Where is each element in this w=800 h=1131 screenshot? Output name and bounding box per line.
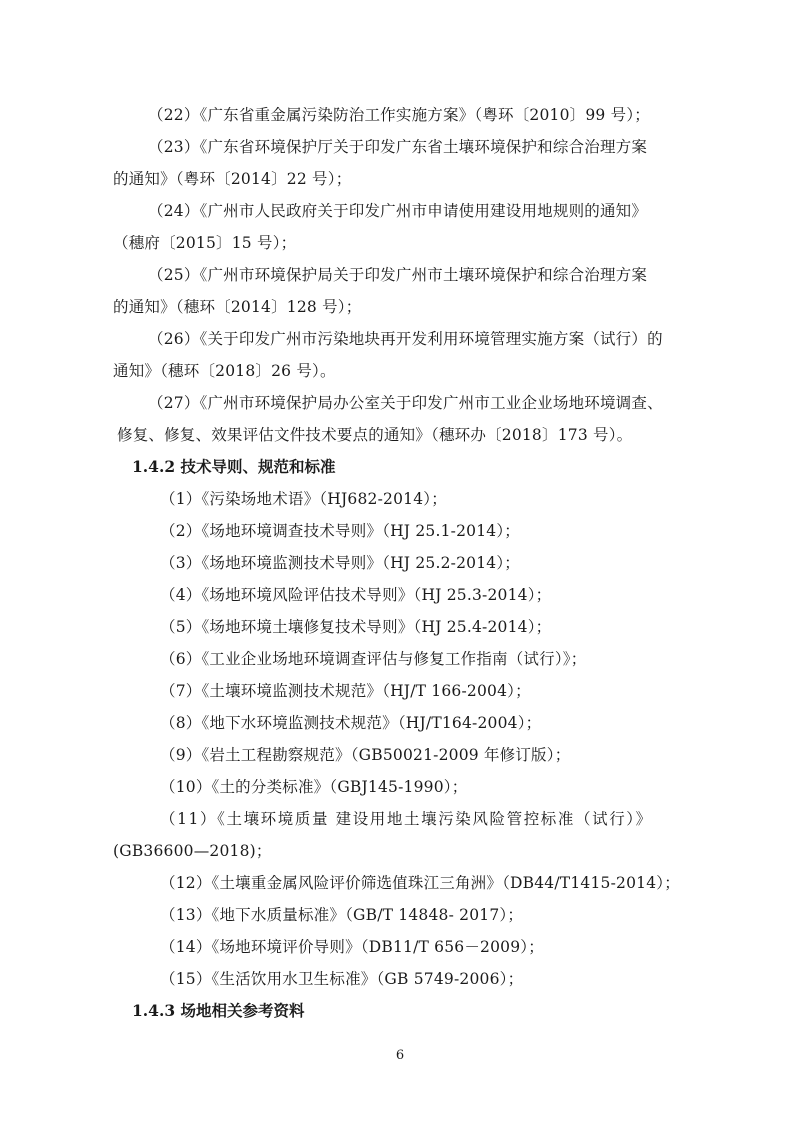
regulation-item-24-cont: （穗府〔2015〕15 号）； — [113, 233, 703, 253]
page-number: 6 — [0, 1048, 800, 1063]
document-page: （22）《广东省重金属污染防治工作实施方案》（粤环〔2010〕99 号）； （2… — [0, 0, 800, 1131]
regulation-item-26: （26）《关于印发广州市污染地块再开发利用环境管理实施方案（试行）的 — [148, 329, 738, 349]
standard-item-7: （7）《土壤环境监测技术规范》（HJ/T 166-2004）； — [160, 681, 750, 701]
standard-item-5: （5）《场地环境土壤修复技术导则》（HJ 25.4-2014）； — [160, 617, 750, 637]
standard-item-10: （10）《土的分类标准》（GBJ145-1990）； — [160, 777, 750, 797]
regulation-item-22: （22）《广东省重金属污染防治工作实施方案》（粤环〔2010〕99 号）； — [148, 105, 738, 125]
regulation-item-23: （23）《广东省环境保护厅关于印发广东省土壤环境保护和综合治理方案 — [148, 137, 738, 157]
regulation-item-26-cont: 通知》（穗环〔2018〕26 号）。 — [113, 361, 703, 381]
standard-item-11: （11）《土壤环境质量 建设用地土壤污染风险管控标准（试行）》 — [160, 809, 750, 829]
standard-item-11-cont: (GB36600—2018)； — [113, 841, 703, 861]
regulation-item-27-cont: 修复、修复、效果评估文件技术要点的通知》（穗环办〔2018〕173 号）。 — [117, 425, 707, 445]
standard-item-9: （9）《岩土工程勘察规范》（GB50021-2009 年修订版）； — [160, 745, 750, 765]
standard-item-8: （8）《地下水环境监测技术规范》（HJ/T164-2004）； — [160, 713, 750, 733]
standard-item-1: （1）《污染场地术语》（HJ682-2014）； — [160, 489, 750, 509]
section-heading-1-4-3: 1.4.3 场地相关参考资料 — [132, 1001, 305, 1021]
standard-item-12: （12）《土壤重金属风险评价筛选值珠江三角洲》（DB44/T1415-2014）… — [160, 873, 750, 893]
regulation-item-25: （25）《广州市环境保护局关于印发广州市土壤环境保护和综合治理方案 — [148, 265, 738, 285]
regulation-item-23-cont: 的通知》（粤环〔2014〕22 号）； — [113, 169, 703, 189]
standard-item-14: （14）《场地环境评价导则》（DB11/T 656－2009）； — [160, 937, 750, 957]
regulation-item-27: （27）《广州市环境保护局办公室关于印发广州市工业企业场地环境调查、 — [148, 393, 738, 413]
standard-item-13: （13）《地下水质量标准》（GB/T 14848- 2017）； — [160, 905, 750, 925]
standard-item-15: （15）《生活饮用水卫生标准》（GB 5749-2006）； — [160, 969, 750, 989]
regulation-item-24: （24）《广州市人民政府关于印发广州市申请使用建设用地规则的通知》 — [148, 201, 738, 221]
standard-item-2: （2）《场地环境调查技术导则》（HJ 25.1-2014）； — [160, 521, 750, 541]
section-heading-1-4-2: 1.4.2 技术导则、规范和标准 — [132, 457, 336, 477]
regulation-item-25-cont: 的通知》（穗环〔2014〕128 号）； — [113, 297, 703, 317]
standard-item-3: （3）《场地环境监测技术导则》（HJ 25.2-2014）； — [160, 553, 750, 573]
standard-item-4: （4）《场地环境风险评估技术导则》（HJ 25.3-2014）； — [160, 585, 750, 605]
standard-item-6: （6）《工业企业场地环境调查评估与修复工作指南（试行）》； — [160, 649, 750, 669]
